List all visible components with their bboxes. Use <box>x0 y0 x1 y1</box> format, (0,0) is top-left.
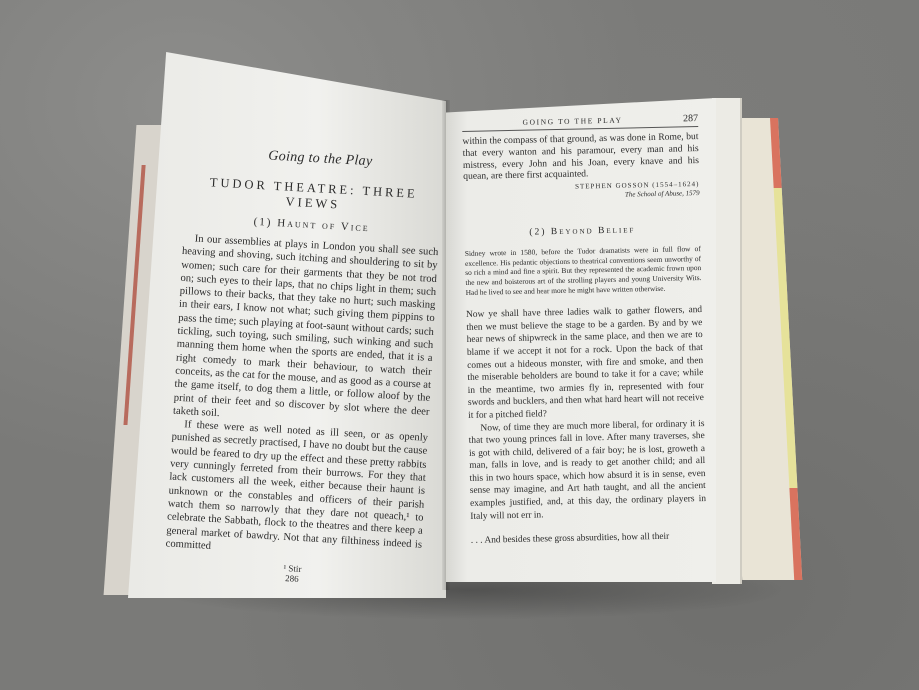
cover-stripe-yellow <box>774 188 798 488</box>
cover-spine-stripe <box>123 165 145 425</box>
paragraph: Now, of time they are much more liberal,… <box>468 417 706 523</box>
closing-line: . . . And besides these gross absurditie… <box>471 530 707 548</box>
paragraph: Now ye shall have three ladies walk to g… <box>466 304 704 422</box>
body-text: Now ye shall have three ladies walk to g… <box>466 304 706 523</box>
left-page[interactable]: Going to the Play TUDOR THEATRE: THREE V… <box>128 52 446 598</box>
right-page[interactable]: GOING TO THE PLAY 287 within the compass… <box>446 98 716 582</box>
paragraph: In our assemblies at plays in London you… <box>173 232 439 432</box>
paragraph: If these were as well noted as ill seen,… <box>165 418 428 565</box>
section-title: TUDOR THEATRE: THREE VIEWS <box>185 174 442 218</box>
page-number: 287 <box>683 113 698 124</box>
page-block-edge <box>712 98 742 584</box>
subsection-title: (2) Beyond Belief <box>464 224 700 239</box>
left-page-content: Going to the Play TUDOR THEATRE: THREE V… <box>164 144 444 591</box>
running-title: Going to the Play <box>197 145 444 175</box>
right-page-content: GOING TO THE PLAY 287 within the compass… <box>462 113 707 548</box>
running-head: GOING TO THE PLAY 287 <box>462 113 698 132</box>
body-text: In our assemblies at plays in London you… <box>165 232 438 565</box>
cover-stripe-red-bottom <box>789 488 802 580</box>
cover-stripe-red-top <box>770 118 782 188</box>
attribution: STEPHEN GOSSON (1554–1624) The School of… <box>463 180 699 203</box>
editorial-intro: Sidney wrote in 1580, before the Tudor d… <box>465 244 702 297</box>
running-head-title: GOING TO THE PLAY <box>462 114 683 128</box>
continuation-text: within the compass of that ground, as wa… <box>462 131 699 183</box>
